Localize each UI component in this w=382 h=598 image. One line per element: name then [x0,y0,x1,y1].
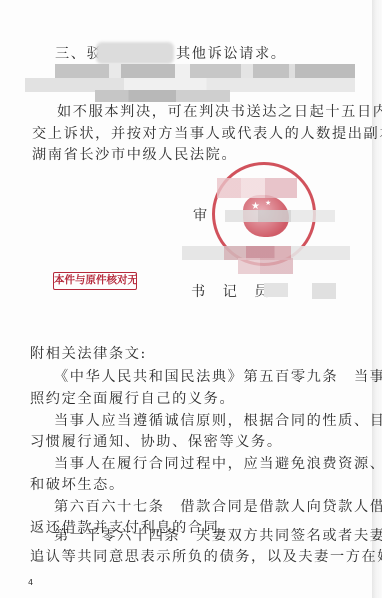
law-paragraph-line: 《中华人民共和国民法典》第五百零九条 当事人应当按 [54,368,382,386]
law-paragraph-line: 习惯履行通知、协助、保密等义务。 [30,433,283,451]
appeal-line-3: 湖南省长沙市中级人民法院。 [32,146,237,164]
law-paragraph-line: 照约定全面履行自己的义务。 [30,390,235,408]
law-paragraph-line: 第一千零六十四条 夫妻双方共同签名或者夫妻一方事后 [54,527,382,545]
law-paragraph-line: 当事人在履行合同过程中，应当避免浪费资源、污染环境 [54,455,382,473]
clerk-label: 书 记 员 [191,283,270,301]
law-paragraph-line: 当事人应当遵循诚信原则，根据合同的性质、目的和交易 [54,412,382,430]
appeal-line-1: 如不服本判决，可在判决书送达之日起十五日内向本院递 [57,103,382,121]
page-number: 4 [28,578,33,587]
law-paragraph-line: 和破坏生态。 [30,476,125,494]
certification-stamp: 本件与原件核对无异 [53,272,137,290]
redaction-blur [96,42,174,64]
judge-label: 审 [193,207,209,225]
item-three-end: 其他诉讼请求。 [176,45,287,63]
appeal-line-2: 交上诉状，并按对方当事人或代表人的人数提出副本，上诉于 [32,125,382,143]
law-paragraph-line: 追认等共同意思表示所负的债务，以及夫妻一方在婚姻关系存 [30,548,382,566]
clerk-name-redaction [264,283,288,297]
clerk-name-redaction [312,283,336,299]
law-paragraph-line: 第六百六十七条 借款合同是借款人向贷款人借款，到期 [54,498,382,516]
appendix-heading: 附相关法律条文: [30,345,147,363]
